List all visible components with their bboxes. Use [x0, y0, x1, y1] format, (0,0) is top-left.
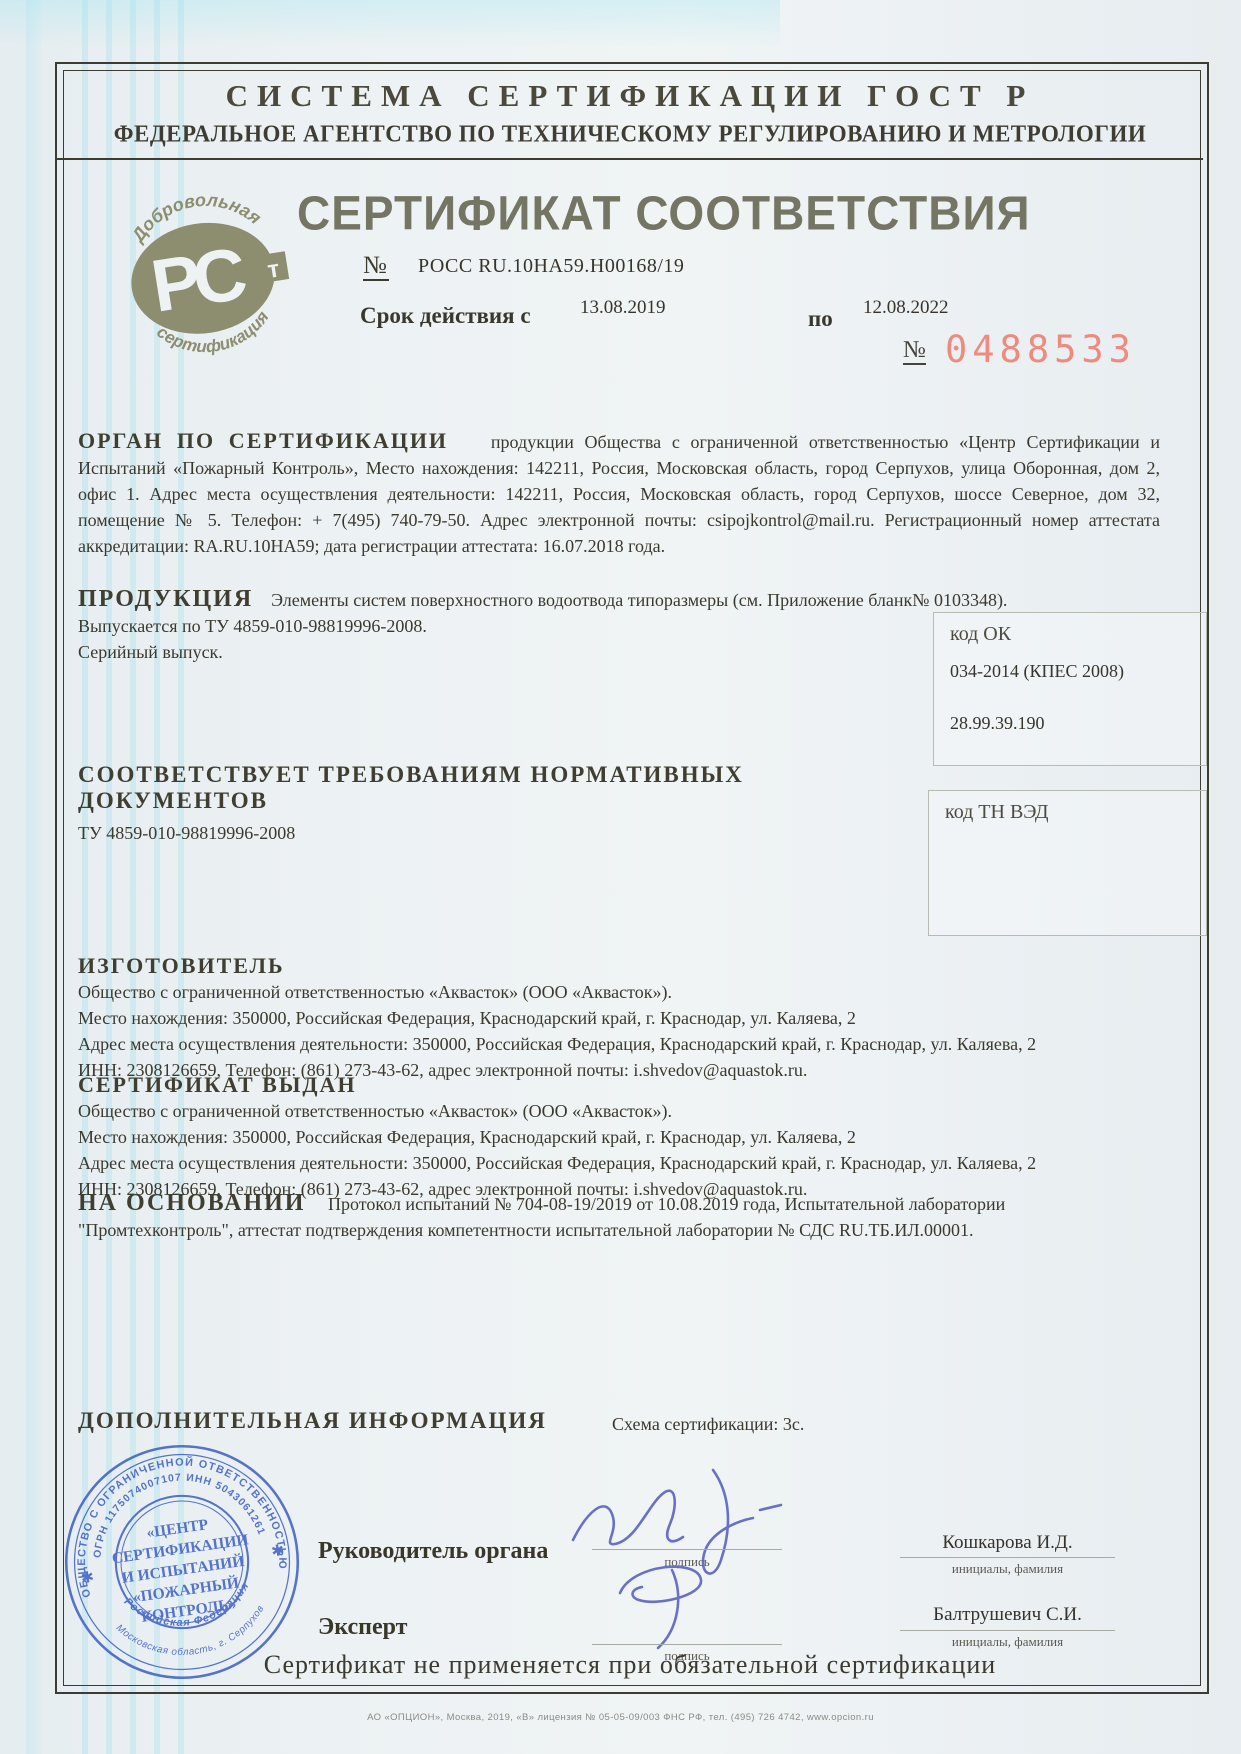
- compliance-section: СООТВЕТСТВУЕТ ТРЕБОВАНИЯМ НОРМАТИВНЫХ ДО…: [78, 762, 938, 846]
- issued-to-line: Место нахождения: 350000, Российская Фед…: [78, 1124, 1163, 1150]
- head-name-caption: инициалы, фамилия: [900, 1561, 1115, 1577]
- certification-scheme: Схема сертификации: 3с.: [612, 1411, 804, 1437]
- rst-logo: РС т Добровольная сертификация: [100, 178, 310, 378]
- head-name-line: [900, 1557, 1115, 1558]
- code-ok-box: код ОК 034-2014 (КПЕС 2008) 28.99.39.190: [933, 612, 1207, 766]
- product-heading: ПРОДУКЦИЯ: [78, 586, 253, 612]
- scan-streak: [0, 0, 780, 48]
- head-name: Кошкарова И.Д.: [900, 1532, 1115, 1554]
- certificate-page: СИСТЕМА СЕРТИФИКАЦИИ ГОСТ Р ФЕДЕРАЛЬНОЕ …: [0, 0, 1241, 1754]
- expert-signature-icon: [600, 1548, 750, 1653]
- reg-number-label: №: [363, 252, 389, 280]
- stamp: ОБЩЕСТВО С ОГРАНИЧЕННОЙ ОТВЕТСТВЕННОСТЬЮ…: [58, 1438, 306, 1686]
- valid-to-date: 12.08.2022: [863, 297, 949, 319]
- additional-heading: ДОПОЛНИТЕЛЬНАЯ ИНФОРМАЦИЯ: [78, 1408, 547, 1434]
- certification-body-section: ОРГАН ПО СЕРТИФИКАЦИИ продукции Общества…: [78, 428, 1160, 559]
- manufacturer-section: ИЗГОТОВИТЕЛЬ Общество с ограниченной отв…: [78, 953, 1163, 1083]
- non-mandatory-statement: Сертификат не применяется при обязательн…: [120, 1650, 1140, 1680]
- code-ok-value-2: 28.99.39.190: [950, 713, 1045, 734]
- manufacturer-line: Общество с ограниченной ответственностью…: [78, 979, 1163, 1005]
- code-tnved-box: код ТН ВЭД: [928, 790, 1207, 936]
- system-title: СИСТЕМА СЕРТИФИКАЦИИ ГОСТ Р: [55, 78, 1205, 114]
- doc-title: СЕРТИФИКАТ СООТВЕТСТВИЯ: [297, 185, 1037, 241]
- print-info: АО «ОПЦИОН», Москва, 2019, «В» лицензия …: [0, 1712, 1241, 1723]
- expert-name-line: [900, 1630, 1115, 1631]
- compliance-heading: СООТВЕТСТВУЕТ ТРЕБОВАНИЯМ НОРМАТИВНЫХ ДО…: [78, 762, 938, 814]
- compliance-text: ТУ 4859-010-98819996-2008: [78, 820, 938, 846]
- rst-logo-icon: РС т Добровольная сертификация: [100, 178, 310, 378]
- validity-label: Срок действия с: [360, 303, 531, 329]
- certification-body-heading: ОРГАН ПО СЕРТИФИКАЦИИ: [78, 428, 448, 453]
- blank-number-label: №: [903, 337, 926, 364]
- issued-to-heading: СЕРТИФИКАТ ВЫДАН: [78, 1072, 1163, 1098]
- validity-to-label: по: [808, 306, 833, 332]
- scan-stripe: [26, 0, 42, 1754]
- expert-signature-line: [592, 1644, 782, 1645]
- header-divider: [57, 158, 1203, 160]
- stamp-star-left: ✱: [80, 1569, 95, 1588]
- expert-signature: [600, 1548, 750, 1653]
- agency-title: ФЕДЕРАЛЬНОЕ АГЕНТСТВО ПО ТЕХНИЧЕСКОМУ РЕ…: [55, 120, 1205, 147]
- code-ok-label: код ОК: [950, 623, 1011, 646]
- issued-to-line: Адрес места осуществления деятельности: …: [78, 1150, 1163, 1176]
- basis-section: НА ОСНОВАНИИ Протокол испытаний № 704-08…: [78, 1190, 1160, 1243]
- expert-name: Балтрушевич С.И.: [900, 1604, 1115, 1626]
- expert-name-caption: инициалы, фамилия: [900, 1634, 1115, 1650]
- manufacturer-line: Место нахождения: 350000, Российская Фед…: [78, 1005, 1163, 1031]
- issued-to-section: СЕРТИФИКАТ ВЫДАН Общество с ограниченной…: [78, 1072, 1163, 1202]
- valid-from-date: 13.08.2019: [580, 297, 666, 319]
- logo-mark: РС: [146, 231, 251, 328]
- code-tnved-label: код ТН ВЭД: [945, 801, 1048, 824]
- manufacturer-heading: ИЗГОТОВИТЕЛЬ: [78, 953, 1163, 979]
- head-of-body-label: Руководитель органа: [318, 1538, 548, 1565]
- product-text: Элементы систем поверхностного водоотвод…: [271, 590, 1007, 610]
- code-ok-value-1: 034-2014 (КПЕС 2008): [950, 661, 1124, 682]
- manufacturer-line: Адрес места осуществления деятельности: …: [78, 1031, 1163, 1057]
- blank-number: 0488533: [945, 328, 1136, 371]
- issued-to-line: Общество с ограниченной ответственностью…: [78, 1098, 1163, 1124]
- stamp-icon: ОБЩЕСТВО С ОГРАНИЧЕННОЙ ОТВЕТСТВЕННОСТЬЮ…: [58, 1438, 306, 1686]
- basis-heading: НА ОСНОВАНИИ: [78, 1190, 305, 1216]
- stamp-star-right: ✱: [270, 1542, 285, 1561]
- expert-label: Эксперт: [318, 1614, 407, 1641]
- reg-number: РОСС RU.10НА59.Н00168/19: [418, 255, 684, 278]
